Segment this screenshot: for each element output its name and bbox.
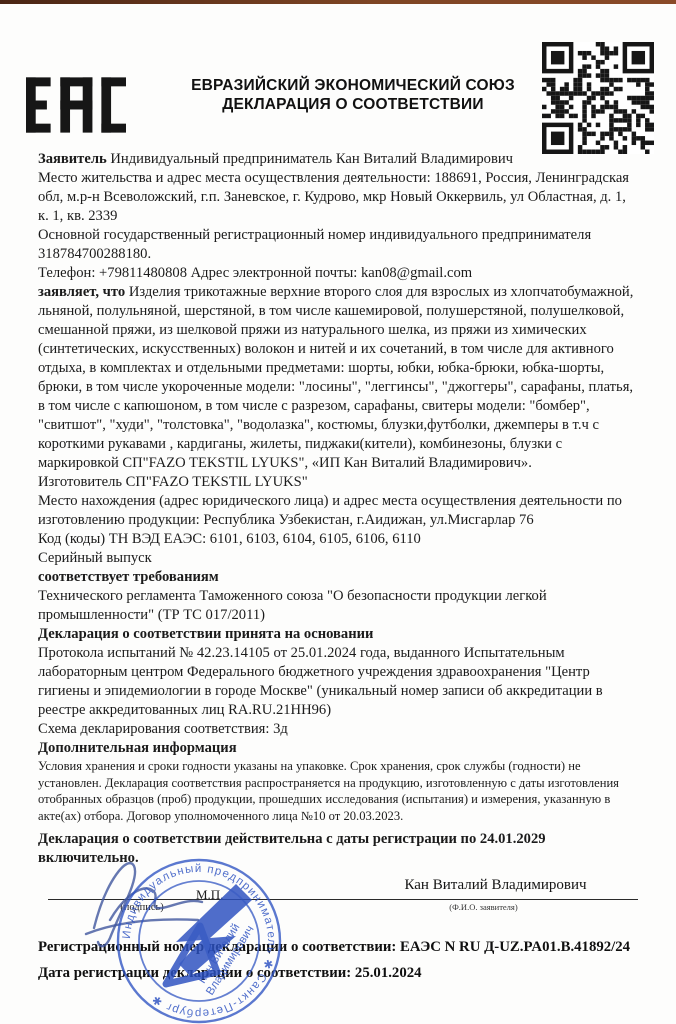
paragraph-segment: Место нахождения (адрес юридического лиц… [38,493,622,528]
paragraph-segment: Код (коды) ТН ВЭД ЕАЭС: 6101, 6103, 6104… [38,531,421,547]
podpis-label: (подпись) [82,902,202,913]
paragraph: Телефон: +79811480808 Адрес электронной … [38,264,640,283]
paragraph-bold-segment: Декларация о соответствии принята на осн… [38,626,373,642]
paragraph: Декларация о соответствии принята на осн… [38,625,640,644]
registration-date-line: Дата регистрации декларации о соответств… [38,964,640,983]
paragraph: Технического регламента Таможенного союз… [38,587,640,625]
paragraph: Протокола испытаний № 42.23.14105 от 25.… [38,644,640,720]
paragraph: Серийный выпуск [38,549,640,568]
paragraph-bold-segment: Дополнительная информация [38,740,237,756]
applicant-name: Кан Виталий Владимирович [363,877,628,894]
signature-line [48,899,638,900]
paragraph-segment: Условия хранения и сроки годности указан… [38,759,619,823]
paragraph-segment: Телефон: +79811480808 Адрес электронной … [38,265,472,281]
eac-mark-icon [26,68,126,142]
paragraph: заявляет, что Изделия трикотажные верхни… [38,283,640,473]
signature-section: (подпись) М.П. Кан Виталий Владимирович … [38,876,640,936]
paragraph: соответствует требованиям [38,568,640,587]
registration-section: Регистрационный номер декларации о соотв… [0,936,676,983]
paragraph-segment: Протокола испытаний № 42.23.14105 от 25.… [38,645,603,718]
paragraph-segment: Изготовитель СП"FAZO TEKSTIL LYUKS" [38,474,308,490]
paragraph: Место жительства и адрес места осуществл… [38,169,640,226]
document-header: ЕВРАЗИЙСКИЙ ЭКОНОМИЧЕСКИЙ СОЮЗ ДЕКЛАРАЦИ… [0,0,676,150]
title-line-union: ЕВРАЗИЙСКИЙ ЭКОНОМИЧЕСКИЙ СОЮЗ [150,76,556,95]
declaration-document: ЕВРАЗИЙСКИЙ ЭКОНОМИЧЕСКИЙ СОЮЗ ДЕКЛАРАЦИ… [0,0,676,1024]
paragraph-segment: Схема декларирования соответствия: 3д [38,721,288,737]
registration-number-line: Регистрационный номер декларации о соотв… [38,938,640,957]
fio-label: (Ф.И.О. заявителя) [351,902,616,912]
paragraph: Схема декларирования соответствия: 3д [38,720,640,739]
paragraph-bold-segment: Декларация о соответствии действительна … [38,831,546,866]
mp-label: М.П. [196,887,223,903]
paragraph: Декларация о соответствии действительна … [38,830,640,868]
paragraph-segment: Индивидуальный предприниматель Кан Витал… [110,151,513,167]
paragraph: Код (коды) ТН ВЭД ЕАЭС: 6101, 6103, 6104… [38,530,640,549]
paragraph-bold-segment: Заявитель [38,151,110,167]
paragraph-bold-segment: заявляет, что [38,284,129,300]
paragraph-segment: Технического регламента Таможенного союз… [38,588,547,623]
paragraph: Место нахождения (адрес юридического лиц… [38,492,640,530]
paragraph: Основной государственный регистрационный… [38,226,640,264]
paragraph: Дополнительная информация [38,739,640,758]
document-body: Заявитель Индивидуальный предприниматель… [0,150,676,868]
paragraph-segment: Основной государственный регистрационный… [38,227,591,262]
paragraph: Условия хранения и сроки годности указан… [38,758,640,824]
paragraph-segment: Изделия трикотажные верхние второго слоя… [38,284,633,471]
title-line-declaration: ДЕКЛАРАЦИЯ О СООТВЕТСТВИИ [150,95,556,114]
paragraph-segment: Место жительства и адрес места осуществл… [38,170,629,224]
document-title: ЕВРАЗИЙСКИЙ ЭКОНОМИЧЕСКИЙ СОЮЗ ДЕКЛАРАЦИ… [150,76,556,114]
paragraph: Изготовитель СП"FAZO TEKSTIL LYUKS" [38,473,640,492]
paragraph-bold-segment: соответствует требованиям [38,569,219,585]
qr-code-icon [542,42,654,154]
paragraph-segment: Серийный выпуск [38,550,152,566]
